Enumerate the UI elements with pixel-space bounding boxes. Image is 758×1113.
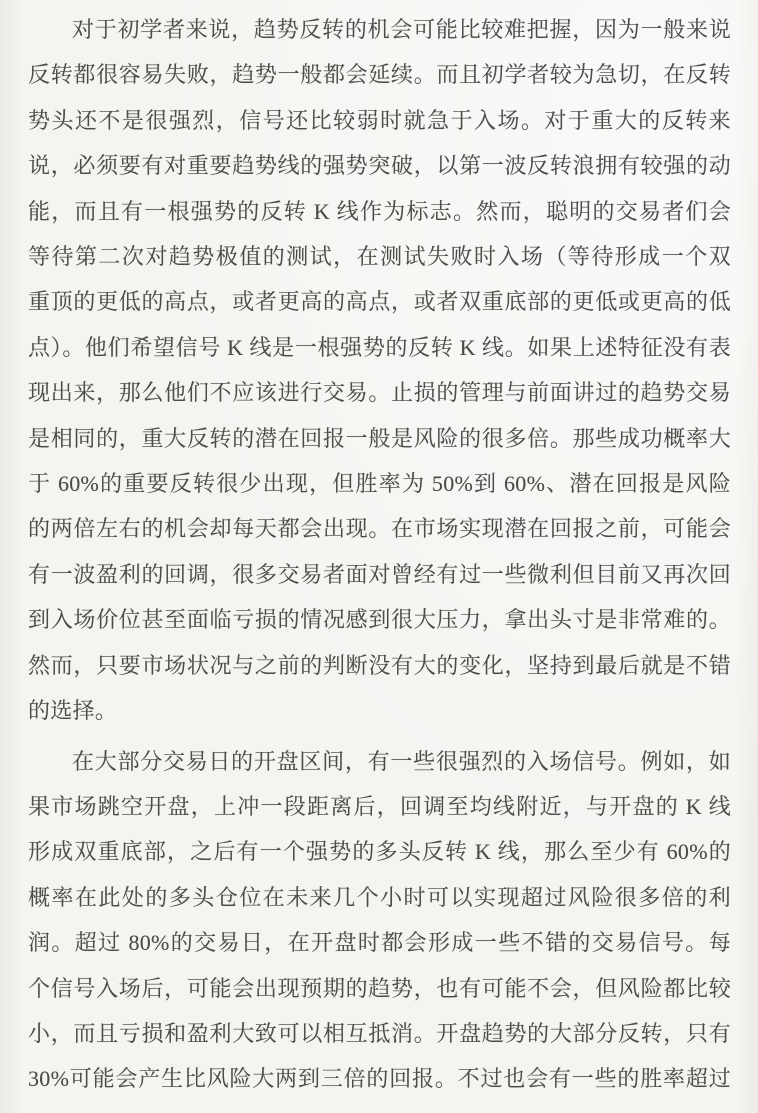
text-line: 说，必须要有对重要趋势线的强势突破，以第一波反转浪拥有较强的动 — [28, 143, 731, 188]
text-line: 能，而且有一根强势的反转 K 线作为标志。然而，聪明的交易者们会 — [28, 189, 731, 234]
text-line: 然而，只要市场状况与之前的判断没有大的变化，坚持到最后就是不错 — [28, 643, 731, 688]
text-line: 反转都很容易失败，趋势一般都会延续。而且初学者较为急切，在反转 — [28, 52, 731, 97]
text-line: 是相同的，重大反转的潜在回报一般是风险的很多倍。那些成功概率大 — [28, 416, 731, 461]
text-line: 概率在此处的多头仓位在未来几个小时可以实现超过风险很多倍的利 — [28, 875, 731, 920]
text-line: 对于初学者来说，趋势反转的机会可能比较难把握，因为一般来说 — [28, 7, 731, 52]
paragraph-trend-reversal: 对于初学者来说，趋势反转的机会可能比较难把握，因为一般来说 反转都很容易失败，趋… — [28, 7, 731, 734]
text-line: 形成双重底部，之后有一个强势的多头反转 K 线，那么至少有 60%的 — [28, 829, 731, 874]
text-line: 在大部分交易日的开盘区间，有一些很强烈的入场信号。例如，如 — [28, 739, 731, 784]
text-line: 等待第二次对趋势极值的测试，在测试失败时入场（等待形成一个双 — [28, 234, 731, 279]
text-line: 现出来，那么他们不应该进行交易。止损的管理与前面讲过的趋势交易 — [28, 370, 731, 415]
text-line: 的两倍左右的机会却每天都会出现。在市场实现潜在回报之前，可能会 — [28, 506, 731, 551]
text-line: 个信号入场后，可能会出现预期的趋势，也有可能不会，但风险都比较 — [28, 966, 731, 1011]
paragraph-opening-range: 在大部分交易日的开盘区间，有一些很强烈的入场信号。例如，如 果市场跳空开盘，上冲… — [28, 739, 731, 1102]
text-line: 点）。他们希望信号 K 线是一根强势的反转 K 线。如果上述特征没有表 — [28, 325, 731, 370]
text-line: 到入场价位甚至面临亏损的情况感到很大压力，拿出头寸是非常难的。 — [28, 597, 731, 642]
text-line: 有一波盈利的回调，很多交易者面对曾经有过一些微利但目前又再次回 — [28, 552, 731, 597]
text-line: 果市场跳空开盘，上冲一段距离后，回调至均线附近，与开盘的 K 线 — [28, 784, 731, 829]
text-line: 于 60%的重要反转很少出现，但胜率为 50%到 60%、潜在回报是风险 — [28, 461, 731, 506]
text-line: 30%可能会产生比风险大两到三倍的回报。不过也会有一些的胜率超过 — [28, 1056, 731, 1101]
scanned-book-page: 对于初学者来说，趋势反转的机会可能比较难把握，因为一般来说 反转都很容易失败，趋… — [0, 0, 758, 1113]
text-line: 小，而且亏损和盈利大致可以相互抵消。开盘趋势的大部分反转，只有 — [28, 1011, 731, 1056]
text-line: 的选择。 — [28, 688, 731, 733]
text-line: 势头还不是很强烈，信号还比较弱时就急于入场。对于重大的反转来 — [28, 98, 731, 143]
text-line: 润。超过 80%的交易日，在开盘时都会形成一些不错的交易信号。每 — [28, 920, 731, 965]
text-line: 重顶的更低的高点，或者更高的高点，或者双重底部的更低或更高的低 — [28, 279, 731, 324]
